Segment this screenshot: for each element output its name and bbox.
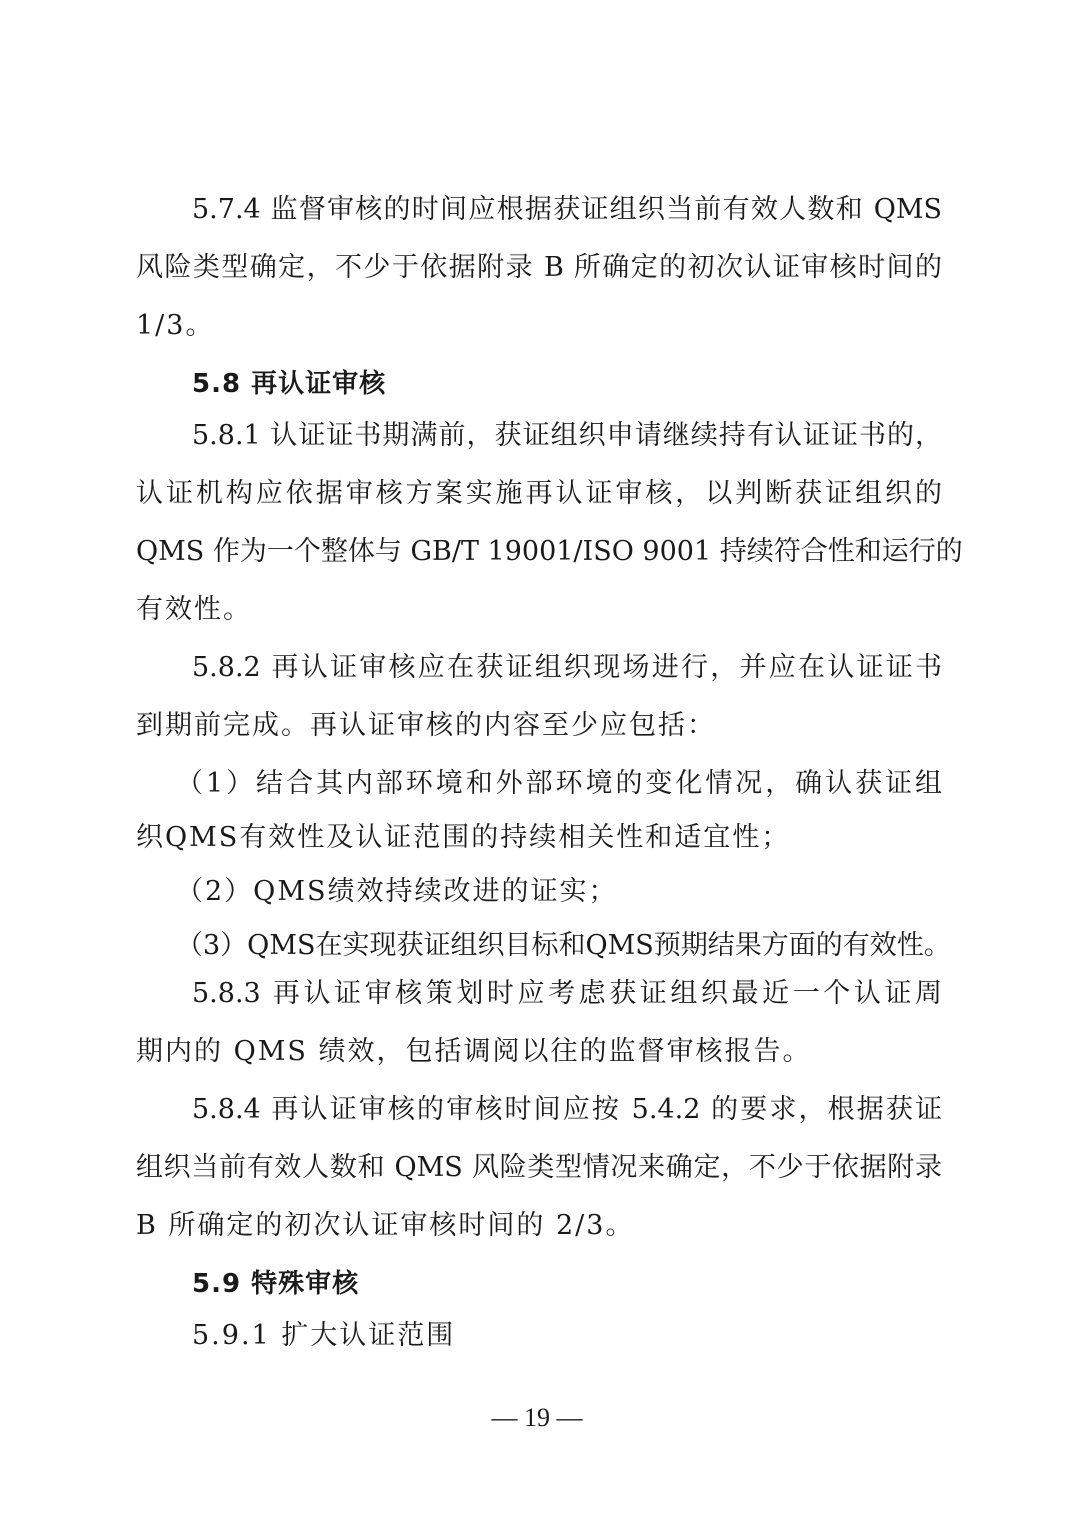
clause-5-8-4-line-2: 组织当前有效人数和 QMS 风险类型情况来确定，不少于依据附录 (136, 1150, 942, 1186)
clause-5-7-4-line-2: 风险类型确定，不少于依据附录 B 所确定的初次认证审核时间的 (136, 250, 942, 286)
clause-5-8-2-line-1: 5.8.2 再认证审核应在获证组织现场进行，并应在认证证书 (192, 650, 942, 686)
section-heading-5-8: 5.8 再认证审核 (192, 366, 998, 402)
list-item-3: （3）QMS在实现获证组织目标和QMS预期结果方面的有效性。 (176, 928, 942, 964)
clause-5-9-1: 5.9.1 扩大认证范围 (192, 1318, 942, 1354)
clause-5-8-4-line-1: 5.8.4 再认证审核的审核时间应按 5.4.2 的要求，根据获证 (192, 1092, 942, 1128)
clause-5-8-4-line-3: B 所确定的初次认证审核时间的 2/3。 (136, 1208, 942, 1244)
document-page: 5.7.4 监督审核的时间应根据获证组织当前有效人数和 QMS 风险类型确定，不… (0, 0, 1074, 1520)
list-item-1-line-2: 织QMS有效性及认证范围的持续相关性和适宜性； (136, 820, 942, 856)
list-item-1-line-1: （1）结合其内部环境和外部环境的变化情况，确认获证组 (176, 766, 942, 802)
clause-5-8-2-line-2: 到期前完成。再认证审核的内容至少应包括： (136, 708, 942, 744)
clause-5-8-1-line-2: 认证机构应依据审核方案实施再认证审核，以判断获证组织的 (136, 476, 942, 512)
page-number: — 19 — (0, 1400, 1074, 1436)
clause-5-8-1-line-1: 5.8.1 认证证书期满前，获证组织申请继续持有认证证书的， (192, 418, 942, 454)
section-heading-5-9: 5.9 特殊审核 (192, 1266, 998, 1302)
clause-5-7-4-line-3: 1/3。 (136, 308, 942, 344)
clause-5-8-1-line-4: 有效性。 (136, 592, 942, 628)
clause-5-7-4-line-1: 5.7.4 监督审核的时间应根据获证组织当前有效人数和 QMS (192, 192, 942, 228)
list-item-2: （2）QMS绩效持续改进的证实； (176, 874, 942, 910)
clause-5-8-3-line-1: 5.8.3 再认证审核策划时应考虑获证组织最近一个认证周 (192, 976, 942, 1012)
clause-5-8-1-line-3: QMS 作为一个整体与 GB/T 19001/ISO 9001 持续符合性和运行… (136, 534, 942, 570)
clause-5-8-3-line-2: 期内的 QMS 绩效，包括调阅以往的监督审核报告。 (136, 1034, 942, 1070)
